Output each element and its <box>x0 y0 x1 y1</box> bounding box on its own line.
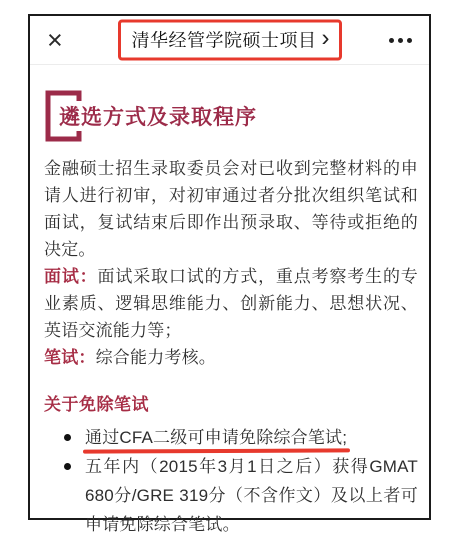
more-dot <box>389 38 394 43</box>
more-icon[interactable] <box>389 30 412 50</box>
list-item: 五年内（2015年3月1日之后）获得GMAT 680分/GRE 319分（不含作… <box>85 452 418 537</box>
account-title: 清华经管学院硕士项目 <box>132 27 317 53</box>
interview-label: 面试： <box>44 267 98 286</box>
exemption-heading: 关于免除笔试 <box>44 391 418 418</box>
written-exam-label: 笔试： <box>44 348 96 367</box>
list-item: 通过CFA二级可申请免除综合笔试; <box>85 423 418 452</box>
article-body: 遴选方式及录取程序 金融硕士招生录取委员会对已收到完整材料的申请人进行初审，对初… <box>30 65 429 537</box>
more-dot <box>407 38 412 43</box>
section-heading: 遴选方式及录取程序 <box>59 101 257 131</box>
account-title-button[interactable]: 清华经管学院硕士项目 › <box>118 20 342 61</box>
gmat-gre-exemption-text: 五年内（2015年3月1日之后）获得GMAT 680分/GRE 319分（不含作… <box>85 457 418 534</box>
interview-paragraph: 面试：面试采取口试的方式，重点考察考生的专业素质、逻辑思维能力、创新能力、思想状… <box>44 263 418 344</box>
close-icon[interactable]: × <box>47 27 63 54</box>
section-heading-block: 遴选方式及录取程序 <box>44 89 418 143</box>
exemption-section: 关于免除笔试 通过CFA二级可申请免除综合笔试; 五年内（2015年3月1日之后… <box>44 391 418 537</box>
interview-text: 面试采取口试的方式，重点考察考生的专业素质、逻辑思维能力、创新能力、思想状况、英… <box>44 267 418 340</box>
written-exam-paragraph: 笔试：综合能力考核。 <box>44 344 418 371</box>
intro-paragraph: 金融硕士招生录取委员会对已收到完整材料的申请人进行初审，对初审通过者分批次组织笔… <box>44 155 418 263</box>
chevron-right-icon: › <box>322 32 330 46</box>
more-dot <box>398 38 403 43</box>
cfa-exemption-text-underlined: 通过CFA二级可申请免除综合笔试; <box>85 428 347 447</box>
written-exam-text: 综合能力考核。 <box>96 348 216 367</box>
article-panel: × 清华经管学院硕士项目 › 遴选方式及录取程序 金融硕士招生录取委员会对已收到… <box>28 14 431 520</box>
top-bar: × 清华经管学院硕士项目 › <box>30 16 429 65</box>
exemption-list: 通过CFA二级可申请免除综合笔试; 五年内（2015年3月1日之后）获得GMAT… <box>44 423 418 537</box>
